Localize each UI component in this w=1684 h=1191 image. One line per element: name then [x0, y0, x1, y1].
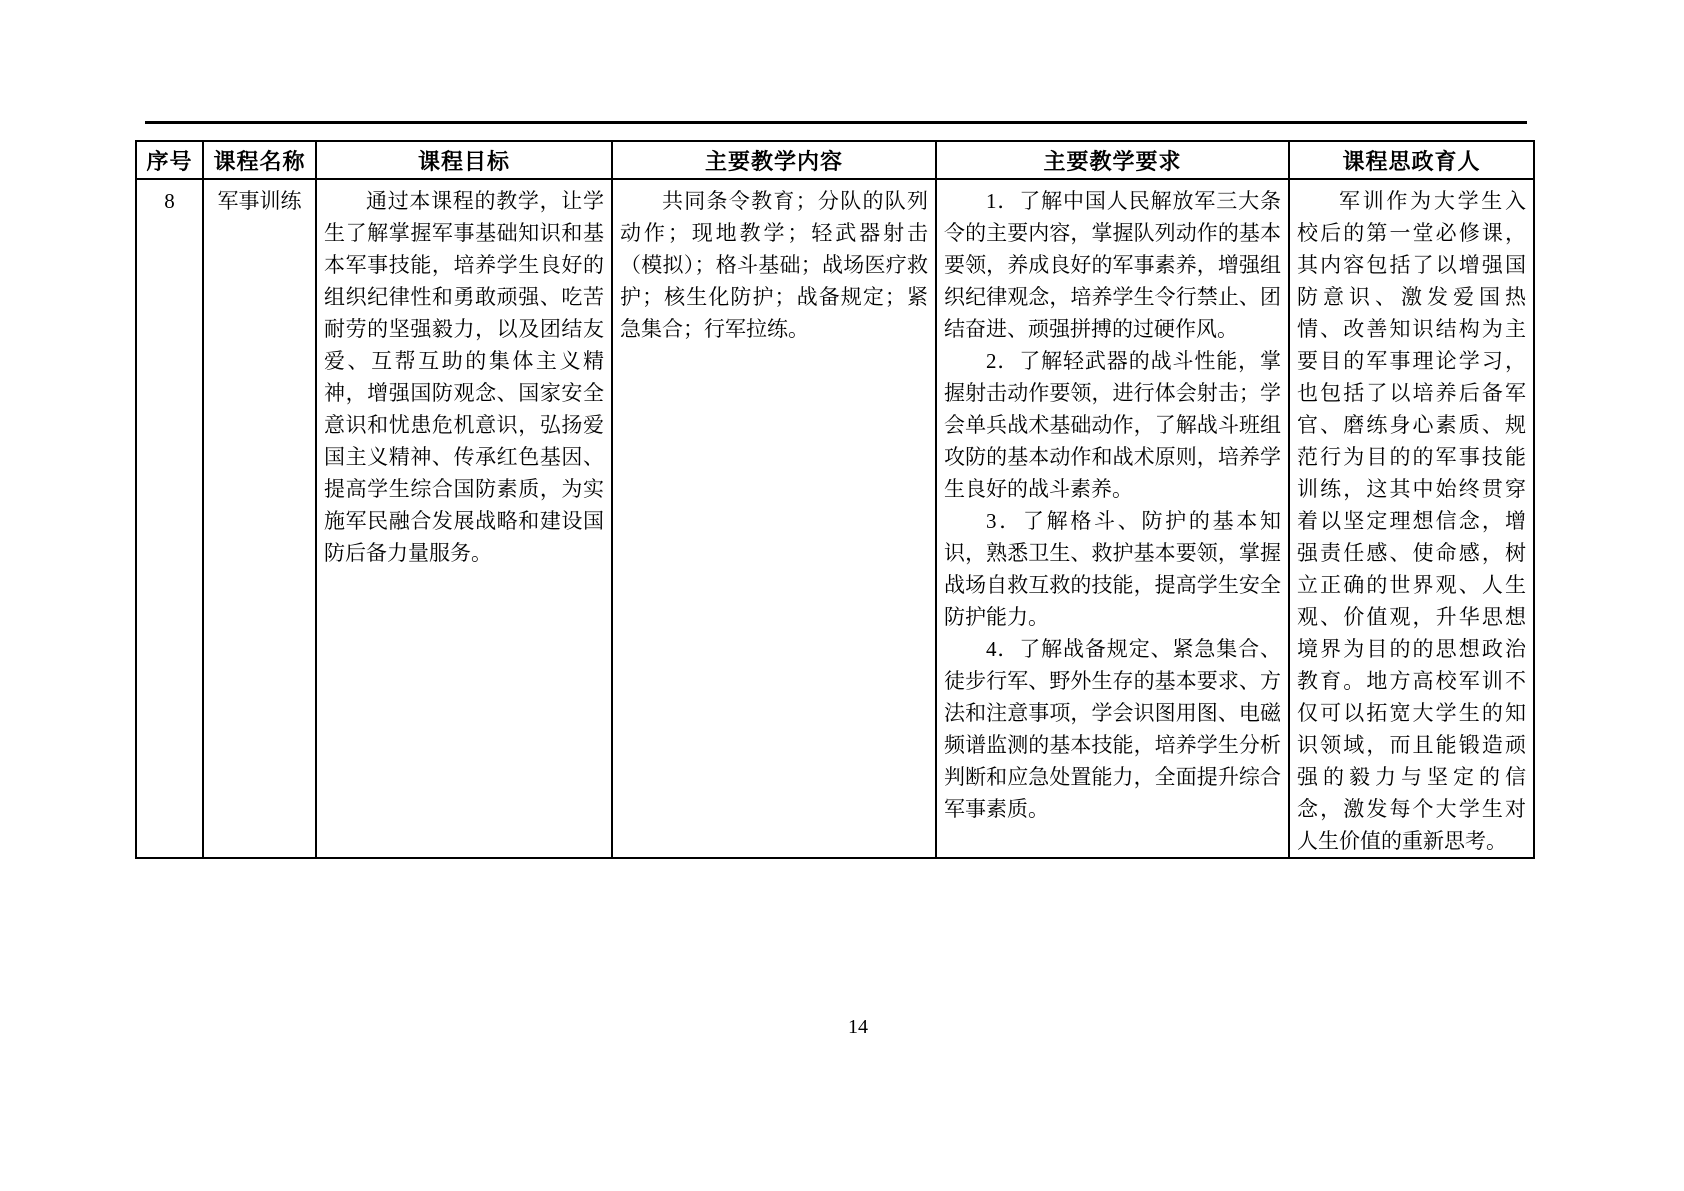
- course-objective-text: 通过本课程的教学，让学生了解掌握军事基础知识和基本军事技能，培养学生良好的组织纪…: [324, 185, 604, 569]
- teaching-requirement-item-3: 3．了解格斗、防护的基本知识，熟悉卫生、救护基本要领，掌握战场自救互救的技能，提…: [944, 505, 1281, 633]
- course-name-value: 军事训练: [211, 185, 308, 217]
- page-header-rule: [145, 121, 1527, 124]
- course-table: 序号 课程名称 课程目标 主要教学内容 主要教学要求 课程思政育人 8 军事训练…: [135, 140, 1535, 859]
- header-teaching-requirements: 主要教学要求: [936, 141, 1289, 179]
- header-serial-number: 序号: [136, 141, 203, 179]
- cell-ideology-education: 军训作为大学生入校后的第一堂必修课，其内容包括了以增强国防意识、激发爱国热情、改…: [1289, 179, 1534, 858]
- cell-course-objective: 通过本课程的教学，让学生了解掌握军事基础知识和基本军事技能，培养学生良好的组织纪…: [316, 179, 612, 858]
- teaching-content-text: 共同条令教育；分队的队列动作；现地教学；轻武器射击（模拟）；格斗基础；战场医疗救…: [620, 185, 928, 345]
- header-course-name: 课程名称: [203, 141, 316, 179]
- header-course-objective: 课程目标: [316, 141, 612, 179]
- header-ideology-education: 课程思政育人: [1289, 141, 1534, 179]
- teaching-requirement-item-1: 1．了解中国人民解放军三大条令的主要内容，掌握队列动作的基本要领，养成良好的军事…: [944, 185, 1281, 345]
- cell-serial-number: 8: [136, 179, 203, 858]
- header-teaching-content: 主要教学内容: [612, 141, 936, 179]
- teaching-requirement-item-2: 2．了解轻武器的战斗性能，掌握射击动作要领，进行体会射击；学会单兵战术基础动作，…: [944, 345, 1281, 505]
- cell-teaching-content: 共同条令教育；分队的队列动作；现地教学；轻武器射击（模拟）；格斗基础；战场医疗救…: [612, 179, 936, 858]
- page-number: 14: [0, 1016, 1684, 1039]
- serial-number-value: 8: [144, 185, 195, 217]
- table-row: 8 军事训练 通过本课程的教学，让学生了解掌握军事基础知识和基本军事技能，培养学…: [136, 179, 1534, 858]
- teaching-requirement-item-4: 4．了解战备规定、紧急集合、徒步行军、野外生存的基本要求、方法和注意事项，学会识…: [944, 633, 1281, 825]
- cell-teaching-requirements: 1．了解中国人民解放军三大条令的主要内容，掌握队列动作的基本要领，养成良好的军事…: [936, 179, 1289, 858]
- cell-course-name: 军事训练: [203, 179, 316, 858]
- table-header-row: 序号 课程名称 课程目标 主要教学内容 主要教学要求 课程思政育人: [136, 141, 1534, 179]
- ideology-education-text: 军训作为大学生入校后的第一堂必修课，其内容包括了以增强国防意识、激发爱国热情、改…: [1297, 185, 1526, 857]
